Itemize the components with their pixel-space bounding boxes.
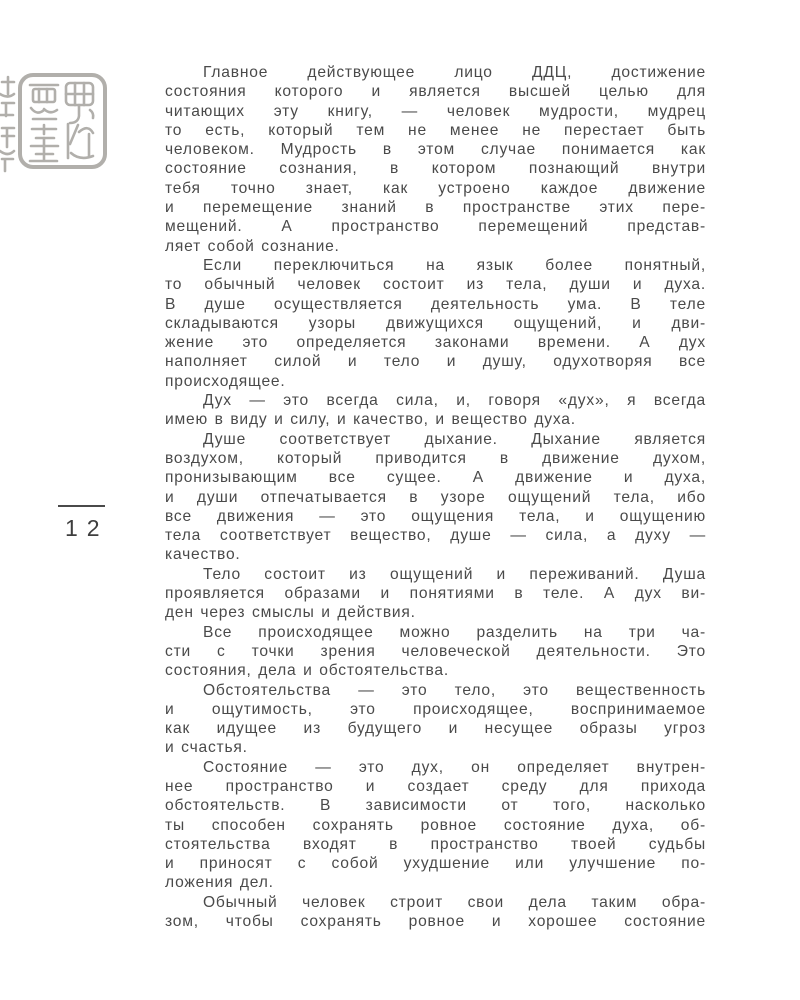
paragraph: Тело состоит из ощущений и переживаний. …: [165, 565, 706, 623]
text-line: как идущее из будущего и несущее образы …: [165, 719, 706, 738]
text-line: и ощутимость, это происходящее, восприни…: [165, 700, 706, 719]
text-line: Душе соответствует дыхание. Дыхание явля…: [165, 430, 706, 449]
text-line: Тело состоит из ощущений и переживаний. …: [165, 565, 706, 584]
paragraph: Все происходящее можно разделить на три …: [165, 623, 706, 681]
text-line: Состояние — это дух, он определяет внутр…: [165, 758, 706, 777]
text-line: воздухом, который приводится в движение …: [165, 449, 706, 468]
text-line: состояния, дела и обстоятельства.: [165, 661, 706, 680]
text-line: мещений. А пространство перемещений пред…: [165, 217, 706, 236]
paragraph: Обстоятельства — это тело, это веществен…: [165, 681, 706, 758]
paragraph: Если переключиться на язык более понятны…: [165, 256, 706, 391]
text-line: ложения дел.: [165, 873, 706, 892]
text-line: человеком. Мудрость в этом случае понима…: [165, 140, 706, 159]
text-line: Главное действующее лицо ДДЦ, достижение: [165, 63, 706, 82]
paragraph: Состояние — это дух, он определяет внутр…: [165, 758, 706, 893]
body-text-column: Главное действующее лицо ДДЦ, достижение…: [165, 63, 706, 931]
paragraph: Главное действующее лицо ДДЦ, достижение…: [165, 63, 706, 256]
paragraph: Дух — это всегда сила, и, говоря «дух», …: [165, 391, 706, 430]
text-line: складываются узоры движущихся ощущений, …: [165, 314, 706, 333]
text-line: нее пространство и создает среду для при…: [165, 777, 706, 796]
page-number-block: 12: [56, 505, 106, 542]
chinese-seal-stamp-icon: [0, 62, 120, 202]
text-line: качество.: [165, 545, 706, 564]
text-line: и приносят с собой ухудшение или улучшен…: [165, 854, 706, 873]
paragraph: Душе соответствует дыхание. Дыхание явля…: [165, 430, 706, 565]
text-line: В душе осуществляется деятельность ума. …: [165, 295, 706, 314]
text-line: и счастья.: [165, 738, 706, 757]
text-line: ты способен сохранять ровное состояние д…: [165, 816, 706, 835]
text-line: Обычный человек строит свои дела таким о…: [165, 893, 706, 912]
text-line: проявляется образами и понятиями в теле.…: [165, 584, 706, 603]
text-line: Обстоятельства — это тело, это веществен…: [165, 681, 706, 700]
page-number: 12: [56, 515, 106, 542]
book-page-scan: 12 Главное действующее лицо ДДЦ, достиже…: [0, 0, 800, 1000]
text-line: ляет собой сознание.: [165, 237, 706, 256]
text-line: тебя точно знает, как устроено каждое дв…: [165, 179, 706, 198]
text-line: тела соответствует вещество, душе — сила…: [165, 526, 706, 545]
text-line: состояния которого и является высшей цел…: [165, 82, 706, 101]
text-line: и перемещение знаний в пространстве этих…: [165, 198, 706, 217]
text-line: то есть, который тем не менее не переста…: [165, 121, 706, 140]
text-line: то обычный человек состоит из тела, души…: [165, 275, 706, 294]
text-line: обстоятельств. В зависимости от того, на…: [165, 796, 706, 815]
text-line: пронизывающим все сущее. А движение и ду…: [165, 468, 706, 487]
text-line: читающих эту книгу, — человек мудрости, …: [165, 102, 706, 121]
paragraph: Обычный человек строит свои дела таким о…: [165, 893, 706, 932]
text-line: зом, чтобы сохранять ровное и хорошее со…: [165, 912, 706, 931]
text-line: сти с точки зрения человеческой деятельн…: [165, 642, 706, 661]
text-line: состояние сознания, в котором познающий …: [165, 159, 706, 178]
text-line: жение это определяется законами времени.…: [165, 333, 706, 352]
text-line: Если переключиться на язык более понятны…: [165, 256, 706, 275]
text-line: и души отпечатывается в узоре ощущений т…: [165, 488, 706, 507]
text-line: Дух — это всегда сила, и, говоря «дух», …: [165, 391, 706, 410]
text-line: все движения — это ощущения тела, и ощущ…: [165, 507, 706, 526]
text-line: происходящее.: [165, 372, 706, 391]
text-line: стоятельства входят в пространство твоей…: [165, 835, 706, 854]
text-line: наполняет силой и тело и душу, одухотвор…: [165, 352, 706, 371]
text-line: имею в виду и силу, и качество, и вещест…: [165, 410, 706, 429]
text-line: Все происходящее можно разделить на три …: [165, 623, 706, 642]
page-number-rule: [58, 505, 105, 507]
text-line: ден через смыслы и действия.: [165, 603, 706, 622]
